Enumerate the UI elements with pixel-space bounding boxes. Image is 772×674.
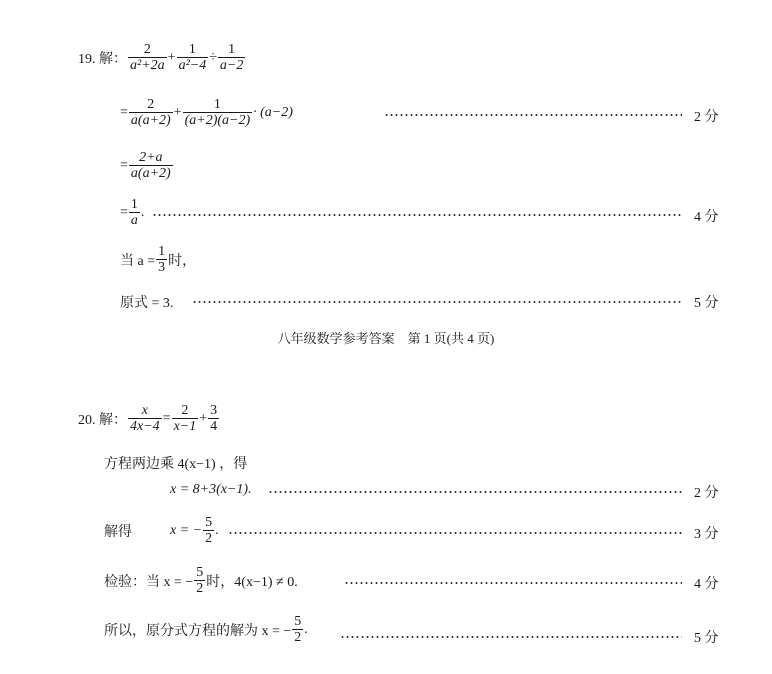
fraction: 52 (194, 565, 205, 596)
score: 5 分 (694, 292, 719, 312)
fraction: 1(a+2)(a−2) (183, 97, 253, 128)
fraction: 34 (208, 403, 219, 434)
q19-step3: = 1a . (120, 197, 144, 228)
dot-leader (192, 301, 682, 303)
fraction: 13 (156, 244, 167, 275)
score: 4 分 (694, 206, 719, 226)
q20-label: 20. 解： (78, 409, 127, 429)
q20-step2: x = 8+3(x−1). (170, 482, 252, 498)
dot-leader (228, 532, 682, 534)
score: 4 分 (694, 573, 719, 593)
dot-leader (384, 114, 682, 116)
score: 2 分 (694, 482, 719, 502)
score: 2 分 (694, 106, 719, 126)
fraction: 1a−2 (218, 42, 245, 73)
page-footer: 八年级数学参考答案 第 1 页(共 4 页) (0, 328, 772, 347)
fraction: 2x−1 (172, 403, 199, 434)
fraction: 52 (203, 515, 214, 546)
q20-problem: 20. 解： x4x−4 = 2x−1 + 34 (78, 403, 220, 434)
q19-label: 19. 解： (78, 48, 127, 68)
fraction: 1a (129, 197, 140, 228)
q19-step4: 当 a = 13 时， (120, 244, 196, 275)
q19-problem: 19. 解： 2a²+2a + 1a²−4 ÷ 1a−2 (78, 42, 246, 73)
q20-step3: 解得 x = − 52 . (104, 515, 219, 546)
score: 3 分 (694, 523, 719, 543)
q19-step5: 原式 = 3. (120, 292, 173, 312)
q19-step1: = 2a(a+2) + 1(a+2)(a−2) · (a−2) (120, 97, 293, 128)
q20-step1: 方程两边乘 4(x−1) ，得 (104, 453, 247, 473)
dot-leader (152, 214, 682, 216)
dot-leader (268, 491, 682, 493)
q19-step2: = 2+aa(a+2) (120, 150, 174, 181)
fraction: 2+aa(a+2) (129, 150, 173, 181)
fraction: x4x−4 (128, 403, 162, 434)
fraction: 1a²−4 (177, 42, 209, 73)
fraction: 52 (292, 614, 303, 645)
fraction: 2a(a+2) (129, 97, 173, 128)
score: 5 分 (694, 627, 719, 647)
fraction: 2a²+2a (128, 42, 167, 73)
dot-leader (344, 582, 682, 584)
q20-step4: 检验：当 x = − 52 时，4(x−1) ≠ 0. (104, 565, 298, 596)
q20-step5: 所以，原分式方程的解为 x = − 52 . (104, 614, 308, 645)
dot-leader (340, 636, 682, 638)
